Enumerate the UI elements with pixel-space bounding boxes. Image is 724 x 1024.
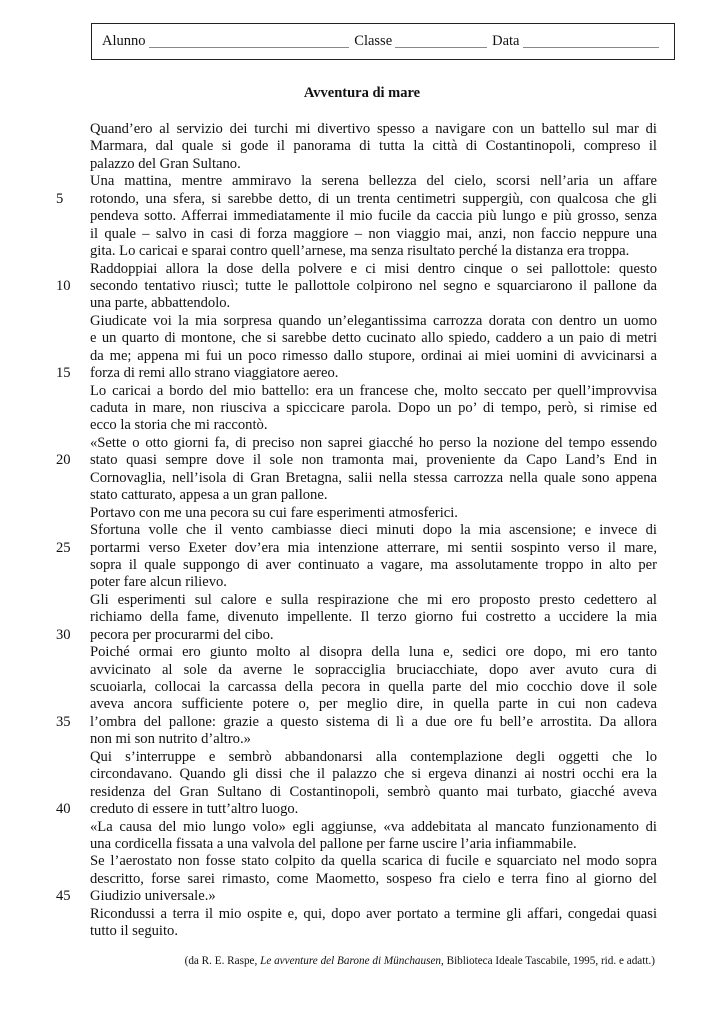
text-line: Sfortuna volle che il vento cambiasse di… (90, 522, 657, 539)
text-line: Lo caricai a bordo del mio battello: era… (90, 383, 657, 400)
text-line: poter fare alcun rilievo. (90, 574, 657, 591)
student-name-label: Alunno (102, 33, 146, 50)
line-text: Giudizio universale.» (90, 888, 216, 904)
text-line: 45Giudizio universale.» (90, 888, 657, 905)
text-line: 20stato quasi sempre dove il sole non tr… (90, 452, 657, 469)
date-label: Data (492, 33, 519, 50)
line-text: «La causa del mio lungo volo» egli aggiu… (90, 819, 657, 835)
line-text: richiamo della fame, divenuto impellente… (90, 609, 657, 625)
line-number: 5 (56, 191, 80, 208)
line-text: Qui s’interruppe e sembrò abbandonarsi a… (90, 749, 657, 765)
line-text: una parte, abbattendolo. (90, 295, 230, 311)
line-text: portarmi verso Exeter dov’era mia intenz… (90, 540, 657, 556)
text-line: ecco la storia che mi raccontò. (90, 417, 657, 434)
line-number: 40 (56, 801, 80, 818)
line-text: forza di remi allo strano viaggiatore ae… (90, 365, 338, 381)
line-number: 45 (56, 888, 80, 905)
text-line: una cordicella fissata a una valvola del… (90, 836, 657, 853)
class-field[interactable] (395, 46, 487, 48)
line-text: Lo caricai a bordo del mio battello: era… (90, 383, 657, 399)
text-line: descritto, forse sarei rimasto, come Mao… (90, 871, 657, 888)
source-book-title: Le avventure del Barone di Münchausen (260, 955, 441, 967)
text-line: da me; appena mi fui un poco rimesso dal… (90, 348, 657, 365)
text-line: «La causa del mio lungo volo» egli aggiu… (90, 819, 657, 836)
class-label: Classe (354, 33, 392, 50)
line-text: caduta in mare, non riusciva a spiccicar… (90, 400, 657, 416)
source-suffix: , Biblioteca Ideale Tascabile, 1995, rid… (441, 955, 655, 967)
text-line: 25portarmi verso Exeter dov’era mia inte… (90, 540, 657, 557)
line-number: 15 (56, 365, 80, 382)
text-line: una parte, abbattendolo. (90, 295, 657, 312)
line-text: Portavo con me una pecora su cui fare es… (90, 505, 458, 521)
text-line: Poiché ormai ero giunto molto al disopra… (90, 644, 657, 661)
document-title: Avventura di mare (0, 85, 724, 102)
text-line: Gli esperimenti sul calore e sulla respi… (90, 592, 657, 609)
text-line: Quand’ero al servizio dei turchi mi dive… (90, 121, 657, 138)
text-line: 35l’ombra del pallone: grazie a questo s… (90, 714, 657, 731)
line-text: gita. Lo caricai e sparai contro quell’a… (90, 243, 629, 259)
line-text: non mi son nutrito d’altro.» (90, 731, 251, 747)
line-text: e un quarto di montone, che si sarebbe d… (90, 330, 657, 346)
line-text: tutto il seguito. (90, 923, 178, 939)
text-line: 30pecora per procurarmi del cibo. (90, 627, 657, 644)
text-line: Portavo con me una pecora su cui fare es… (90, 505, 657, 522)
line-text: aveva ancora sufficiente potere o, per m… (90, 696, 657, 712)
line-text: il quale – salvo in casi di forza maggio… (90, 226, 657, 242)
text-line: pendeva sotto. Afferrai immediatamente i… (90, 208, 657, 225)
student-info-box: Alunno Classe Data (91, 23, 675, 60)
text-line: tutto il seguito. (90, 923, 657, 940)
text-line: aveva ancora sufficiente potere o, per m… (90, 696, 657, 713)
line-text: Marmara, dal quale si gode il panorama d… (90, 138, 657, 154)
text-line: Raddoppiai allora la dose della polvere … (90, 261, 657, 278)
line-text: ecco la storia che mi raccontò. (90, 417, 267, 433)
line-text: stato quasi sempre dove il sole non tram… (90, 452, 657, 468)
line-text: descritto, forse sarei rimasto, come Mao… (90, 871, 657, 887)
line-text: Quand’ero al servizio dei turchi mi dive… (90, 121, 657, 137)
line-number: 35 (56, 714, 80, 731)
source-prefix: (da R. E. Raspe, (185, 955, 261, 967)
line-text: avvicinato al sole da averne le sopracci… (90, 662, 657, 678)
text-line: Ricondussi a terra il mio ospite e, qui,… (90, 906, 657, 923)
text-line: Cornovaglia, nell’isola di Gran Bretagna… (90, 470, 657, 487)
date-field[interactable] (523, 46, 660, 48)
story-text: Quand’ero al servizio dei turchi mi dive… (90, 121, 657, 941)
line-text: Poiché ormai ero giunto molto al disopra… (90, 644, 657, 660)
line-text: rotondo, una sfera, si sarebbe detto, di… (90, 191, 657, 207)
line-number: 20 (56, 452, 80, 469)
text-line: «Sette o otto giorni fa, di preciso non … (90, 435, 657, 452)
text-line: sopra il quale suppongo di aver continua… (90, 557, 657, 574)
text-line: caduta in mare, non riusciva a spiccicar… (90, 400, 657, 417)
line-text: stato catturato, appesa a un gran pallon… (90, 487, 327, 503)
line-text: circondavano. Quando gli dissi che il pa… (90, 766, 657, 782)
source-citation: (da R. E. Raspe, Le avventure del Barone… (0, 955, 655, 967)
line-text: pecora per procurarmi del cibo. (90, 627, 274, 643)
line-text: poter fare alcun rilievo. (90, 574, 227, 590)
line-text: scuoiarla, collocai la carcassa della pe… (90, 679, 657, 695)
text-line: non mi son nutrito d’altro.» (90, 731, 657, 748)
text-line: Qui s’interruppe e sembrò abbandonarsi a… (90, 749, 657, 766)
line-text: Ricondussi a terra il mio ospite e, qui,… (90, 906, 657, 922)
line-text: Raddoppiai allora la dose della polvere … (90, 261, 657, 277)
text-line: 15forza di remi allo strano viaggiatore … (90, 365, 657, 382)
line-text: da me; appena mi fui un poco rimesso dal… (90, 348, 657, 364)
text-line: gita. Lo caricai e sparai contro quell’a… (90, 243, 657, 260)
line-text: pendeva sotto. Afferrai immediatamente i… (90, 208, 657, 224)
text-line: il quale – salvo in casi di forza maggio… (90, 226, 657, 243)
text-line: richiamo della fame, divenuto impellente… (90, 609, 657, 626)
text-line: Una mattina, mentre ammiravo la serena b… (90, 173, 657, 190)
line-text: Cornovaglia, nell’isola di Gran Bretagna… (90, 470, 657, 486)
text-line: Giudicate voi la mia sorpresa quando un’… (90, 313, 657, 330)
line-number: 10 (56, 278, 80, 295)
line-number: 30 (56, 627, 80, 644)
text-line: 5rotondo, una sfera, si sarebbe detto, d… (90, 191, 657, 208)
text-line: avvicinato al sole da averne le sopracci… (90, 662, 657, 679)
line-text: una cordicella fissata a una valvola del… (90, 836, 577, 852)
line-text: residenza del Gran Sultano di Costantino… (90, 784, 657, 800)
line-text: secondo tentativo riuscì; tutte le pallo… (90, 278, 657, 294)
line-text: Se l’aerostato non fosse stato colpito d… (90, 853, 657, 869)
text-line: Se l’aerostato non fosse stato colpito d… (90, 853, 657, 870)
line-text: Giudicate voi la mia sorpresa quando un’… (90, 313, 657, 329)
text-line: 10secondo tentativo riuscì; tutte le pal… (90, 278, 657, 295)
text-line: palazzo del Gran Sultano. (90, 156, 657, 173)
line-text: creduto di essere in tutt’altro luogo. (90, 801, 298, 817)
text-line: 40creduto di essere in tutt’altro luogo. (90, 801, 657, 818)
line-text: Sfortuna volle che il vento cambiasse di… (90, 522, 657, 538)
student-name-field[interactable] (149, 46, 350, 48)
text-line: scuoiarla, collocai la carcassa della pe… (90, 679, 657, 696)
text-line: stato catturato, appesa a un gran pallon… (90, 487, 657, 504)
text-line: residenza del Gran Sultano di Costantino… (90, 784, 657, 801)
text-line: Marmara, dal quale si gode il panorama d… (90, 138, 657, 155)
line-text: sopra il quale suppongo di aver continua… (90, 557, 657, 573)
text-line: e un quarto di montone, che si sarebbe d… (90, 330, 657, 347)
line-text: Una mattina, mentre ammiravo la serena b… (90, 173, 657, 189)
line-text: l’ombra del pallone: grazie a questo sis… (90, 714, 657, 730)
text-line: circondavano. Quando gli dissi che il pa… (90, 766, 657, 783)
line-number: 25 (56, 540, 80, 557)
line-text: palazzo del Gran Sultano. (90, 156, 241, 172)
line-text: Gli esperimenti sul calore e sulla respi… (90, 592, 657, 608)
line-text: «Sette o otto giorni fa, di preciso non … (90, 435, 657, 451)
